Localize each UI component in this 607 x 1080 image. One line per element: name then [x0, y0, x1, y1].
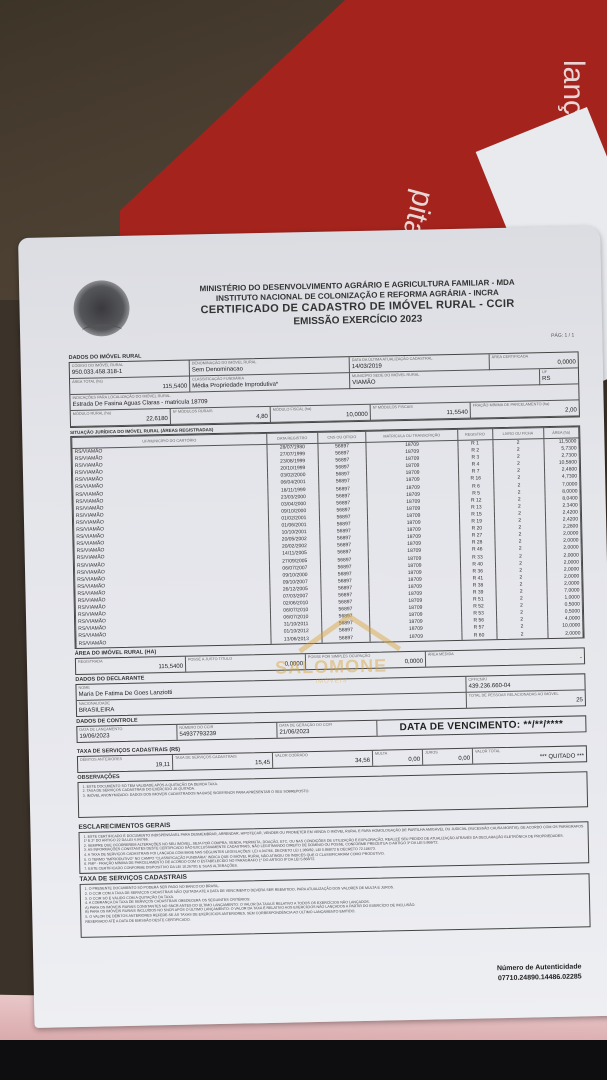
document-header: MINISTÉRIO DO DESENVOLVIMENTO AGRÁRIO E …: [67, 262, 579, 353]
occupation-field: POSSE POR SIMPLES OCUPAÇÃO0,0000: [306, 651, 426, 669]
table-cell: 2: [496, 631, 547, 639]
table-cell: 18709: [370, 632, 461, 641]
n-modules-fiscal-field: Nº MÓDULOS FISCAIS11,5540: [371, 403, 471, 421]
table-cell: 2,0000: [548, 630, 583, 638]
holders-count-field: TOTAL DE PESSOAS RELACIONADAS AO IMÓVEL2…: [467, 690, 585, 707]
registry-column-header: ÁREA (ha): [543, 427, 578, 439]
fee-notes-box: 1. O PRESENTE DOCUMENTO SÓ PODERÁ SER PA…: [80, 874, 591, 939]
table-cell: 13/06/2013: [271, 635, 322, 643]
table-cell: R 60: [462, 632, 497, 640]
previous-debts-field: DÉBITOS ANTERIORES19,11: [78, 755, 173, 772]
charged-value-field: VALOR COBRADO34,56: [273, 750, 373, 767]
authentication-block: Número de Autenticidade 07710.24890.1448…: [497, 962, 582, 984]
due-date: DATA DE VENCIMENTO: **/**/****: [377, 716, 585, 735]
dark-table-surface: [0, 1040, 607, 1080]
uf-field: UFRS: [540, 368, 578, 385]
document-content: MINISTÉRIO DO DESENVOLVIMENTO AGRÁRIO E …: [67, 262, 591, 938]
generation-date-field: DATA DE GERAÇÃO DO CCIR21/06/2023: [277, 720, 377, 737]
registry-table-box: UF/MUNICÍPIO DO CARTÓRIODATA REGISTROCNS…: [70, 425, 584, 648]
measured-area-field: ÁREA MEDIDA-: [426, 648, 584, 666]
table-cell: 2,0000: [546, 545, 581, 553]
table-cell: 56897: [322, 634, 371, 642]
ccir-document-page: MINISTÉRIO DO DESENVOLVIMENTO AGRÁRIO E …: [18, 226, 607, 1028]
ccir-number-field: NÚMERO DO CCIR54937793239: [177, 722, 277, 739]
service-fee-field: TAXA DE SERVIÇOS CADASTRAIS15,45: [173, 752, 273, 769]
fine-field: MULTA0,00: [373, 749, 423, 765]
brazil-coat-of-arms-icon: [73, 280, 130, 337]
interest-field: JUROS0,00: [423, 748, 473, 764]
certified-area-field: ÁREA CERTIFICADA0,0000: [490, 352, 578, 370]
title-possession-field: POSSE A JUSTO TÍTULO0,0000: [186, 654, 306, 672]
registered-area-field: REGISTRADA115,5400: [76, 656, 186, 673]
registry-column-header: REGISTRO: [457, 429, 492, 441]
registry-table: UF/MUNICÍPIO DO CARTÓRIODATA REGISTROCNS…: [71, 426, 583, 647]
n-modules-rural-field: Nº MÓDULOS RURAIS4,80: [171, 407, 271, 425]
launch-date-field: DATA DE LANÇAMENTO19/06/2023: [77, 724, 177, 741]
module-fiscal-field: MÓDULO FISCAL (ha)10,0000: [271, 405, 371, 423]
authentication-number: 07710.24890.14486.02285: [497, 972, 582, 984]
property-data-box: CÓDIGO DO IMÓVEL RURAL950.033.458.318-1 …: [69, 351, 580, 428]
total-value-field: VALOR TOTAL*** QUITADO ***: [473, 746, 586, 763]
min-fraction-field: FRAÇÃO MÍNIMA DE PARCELAMENTO (ha)2,00: [471, 400, 579, 418]
page-indicator: PÁG: 1 / 1: [551, 332, 574, 338]
module-rural-field: MÓDULO RURAL (ha)22,6180: [71, 409, 171, 427]
